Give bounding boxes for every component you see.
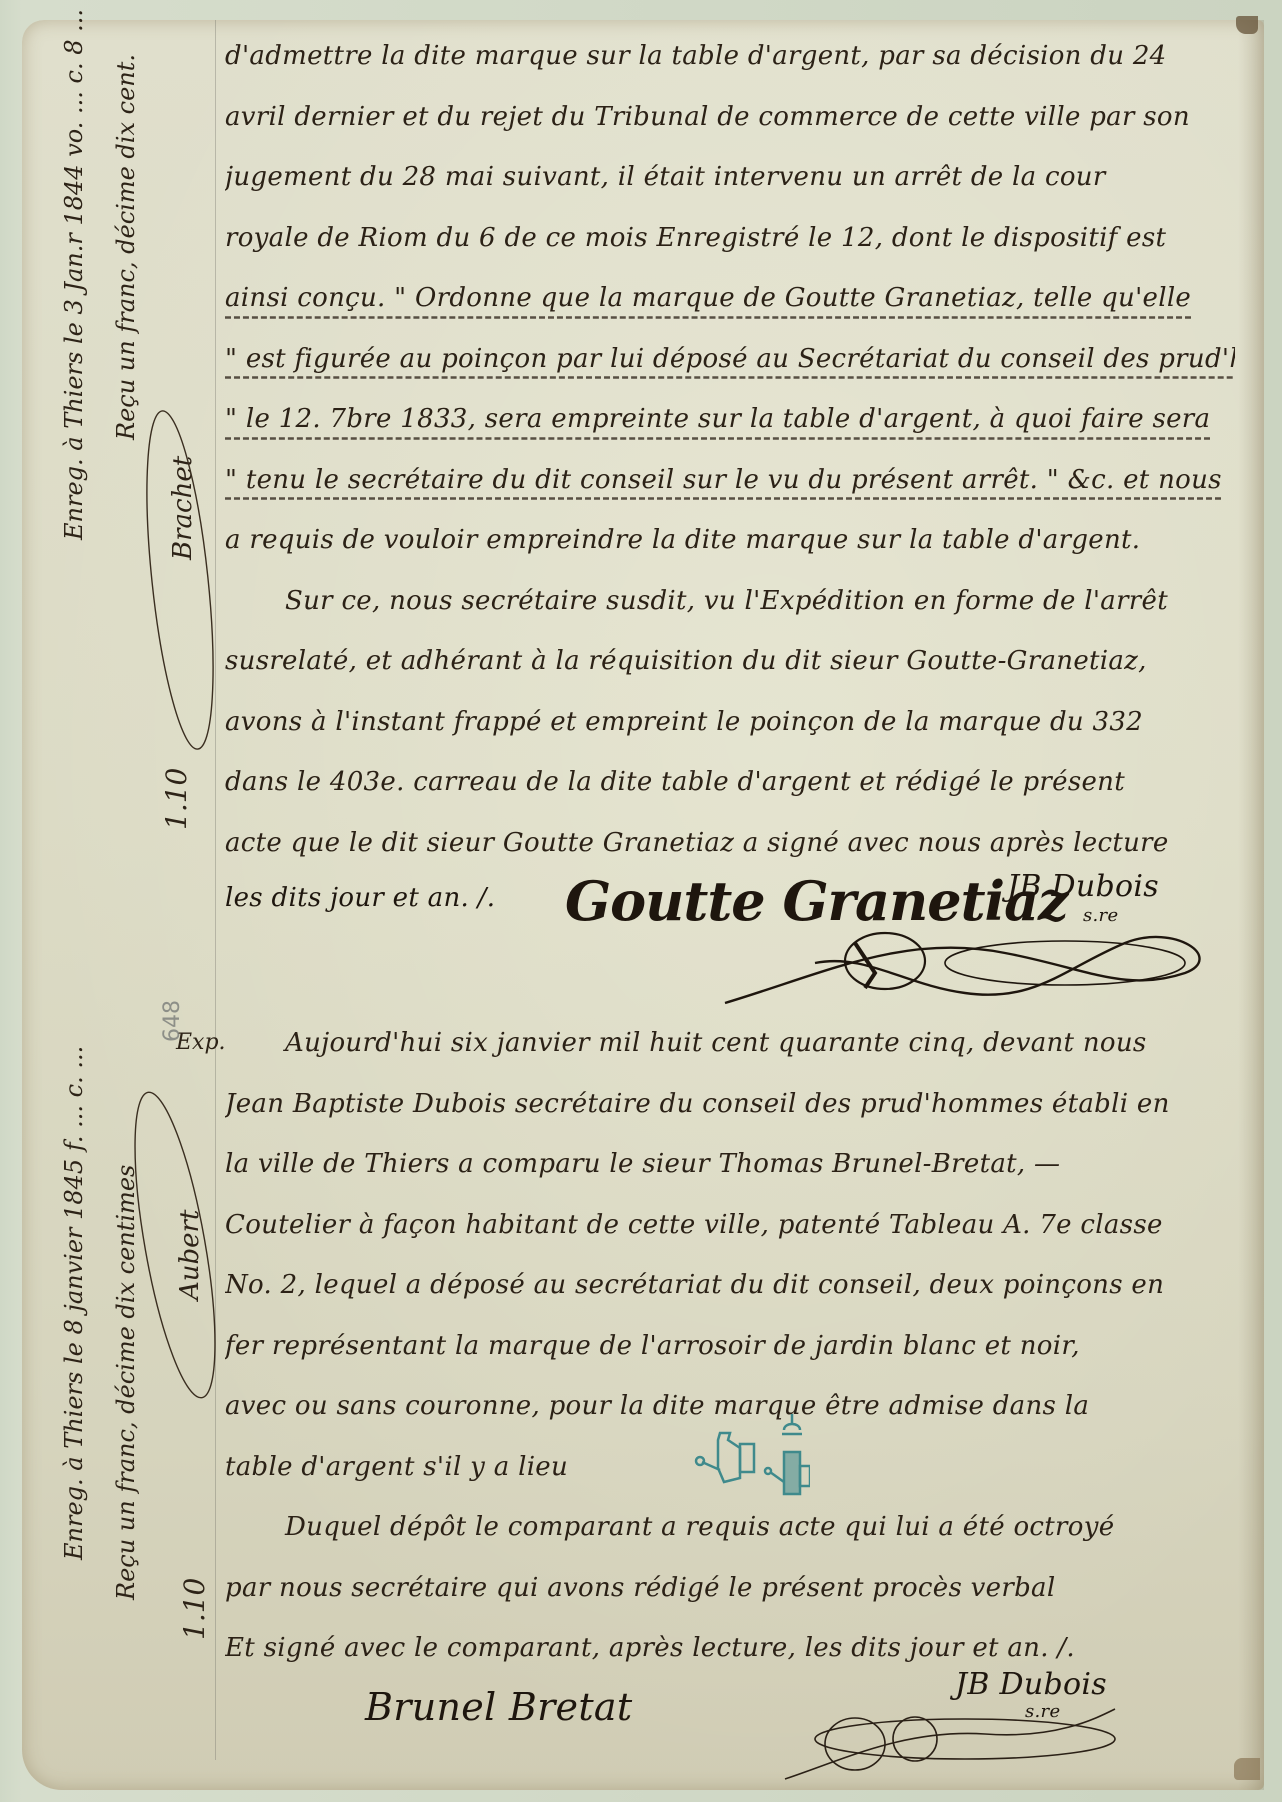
makers-mark-stamps xyxy=(680,1408,810,1508)
quoted-text-line: " tenu le secrétaire du dit conseil sur … xyxy=(225,450,1235,511)
entry-2: Aujourd'hui six janvier mil huit cent qu… xyxy=(225,1013,1235,1799)
page-corner-damage-bottom xyxy=(1234,1758,1260,1780)
text-line: Sur ce, nous secrétaire susdit, vu l'Exp… xyxy=(225,571,1235,632)
text-line: avons à l'instant frappé et empreint le … xyxy=(225,692,1235,753)
crowned-watering-can-mark-icon xyxy=(765,1414,810,1494)
text-line: d'admettre la dite marque sur la table d… xyxy=(225,26,1235,87)
text-line: dans le 403e. carreau de la dite table d… xyxy=(225,752,1235,813)
expedition-margin-label: Exp. xyxy=(176,1030,226,1055)
watering-can-mark-icon xyxy=(696,1433,754,1482)
margin-note-1-line1: Enreg. à Thiers le 3 Jan.r 1844 vo. ... … xyxy=(60,9,88,540)
signature-dubois: JB Dubois xyxy=(955,1667,1107,1702)
page-edge-shadow xyxy=(1238,20,1264,1790)
text-line: Jean Baptiste Dubois secrétaire du conse… xyxy=(225,1074,1235,1135)
signature-row-1: les dits jour et an. /. Goutte Granetiaz… xyxy=(225,873,1235,993)
margin-flourish-2 xyxy=(130,1080,220,1410)
text-line: Aujourd'hui six janvier mil huit cent qu… xyxy=(225,1013,1235,1074)
quoted-text-line: " le 12. 7bre 1833, sera empreinte sur l… xyxy=(225,389,1235,450)
text-line: jugement du 28 mai suivant, il était int… xyxy=(225,147,1235,208)
margin-note-2-line1: Enreg. à Thiers le 8 janvier 1845 f. ...… xyxy=(60,1046,88,1560)
text-line: par nous secrétaire qui avons rédigé le … xyxy=(225,1558,1235,1619)
signature-row-2: Brunel Bretat JB Dubois s.re xyxy=(225,1679,1235,1799)
margin-note-1-fee: 1.10 xyxy=(160,768,193,830)
page-corner-damage xyxy=(1236,16,1258,34)
text-line: No. 2, lequel a déposé au secrétariat du… xyxy=(225,1255,1235,1316)
text-line: avril dernier et du rejet du Tribunal de… xyxy=(225,87,1235,148)
text-line: Coutelier à façon habitant de cette vill… xyxy=(225,1195,1235,1256)
signature-brunel-bretat: Brunel Bretat xyxy=(365,1685,632,1729)
margin-note-2-fee: 1.10 xyxy=(178,1578,211,1640)
quoted-text-line: ainsi conçu. " Ordonne que la marque de … xyxy=(225,268,1235,329)
document-body: d'admettre la dite marque sur la table d… xyxy=(225,26,1235,1799)
margin-note-1-line2: Reçu un franc, décime dix cent. xyxy=(112,54,140,440)
signature-paraph-1 xyxy=(705,913,1225,1013)
quoted-text-line: " est figurée au poinçon par lui déposé … xyxy=(225,329,1235,390)
text-line: les dits jour et an. /. xyxy=(225,873,495,923)
text-line: la ville de Thiers a comparu le sieur Th… xyxy=(225,1134,1235,1195)
signature-dubois: JB Dubois xyxy=(1007,869,1159,904)
entry-1: d'admettre la dite marque sur la table d… xyxy=(225,26,1235,993)
text-line: royale de Riom du 6 de ce mois Enregistr… xyxy=(225,208,1235,269)
margin-flourish-1 xyxy=(140,400,220,760)
signature-paraph-2 xyxy=(765,1699,1125,1789)
text-line: acte que le dit sieur Goutte Granetiaz a… xyxy=(225,813,1235,874)
margin-rule-line xyxy=(215,20,216,1760)
text-line: a requis de vouloir empreindre la dite m… xyxy=(225,510,1235,571)
text-line: fer représentant la marque de l'arrosoir… xyxy=(225,1316,1235,1377)
text-line: susrelaté, et adhérant à la réquisition … xyxy=(225,631,1235,692)
